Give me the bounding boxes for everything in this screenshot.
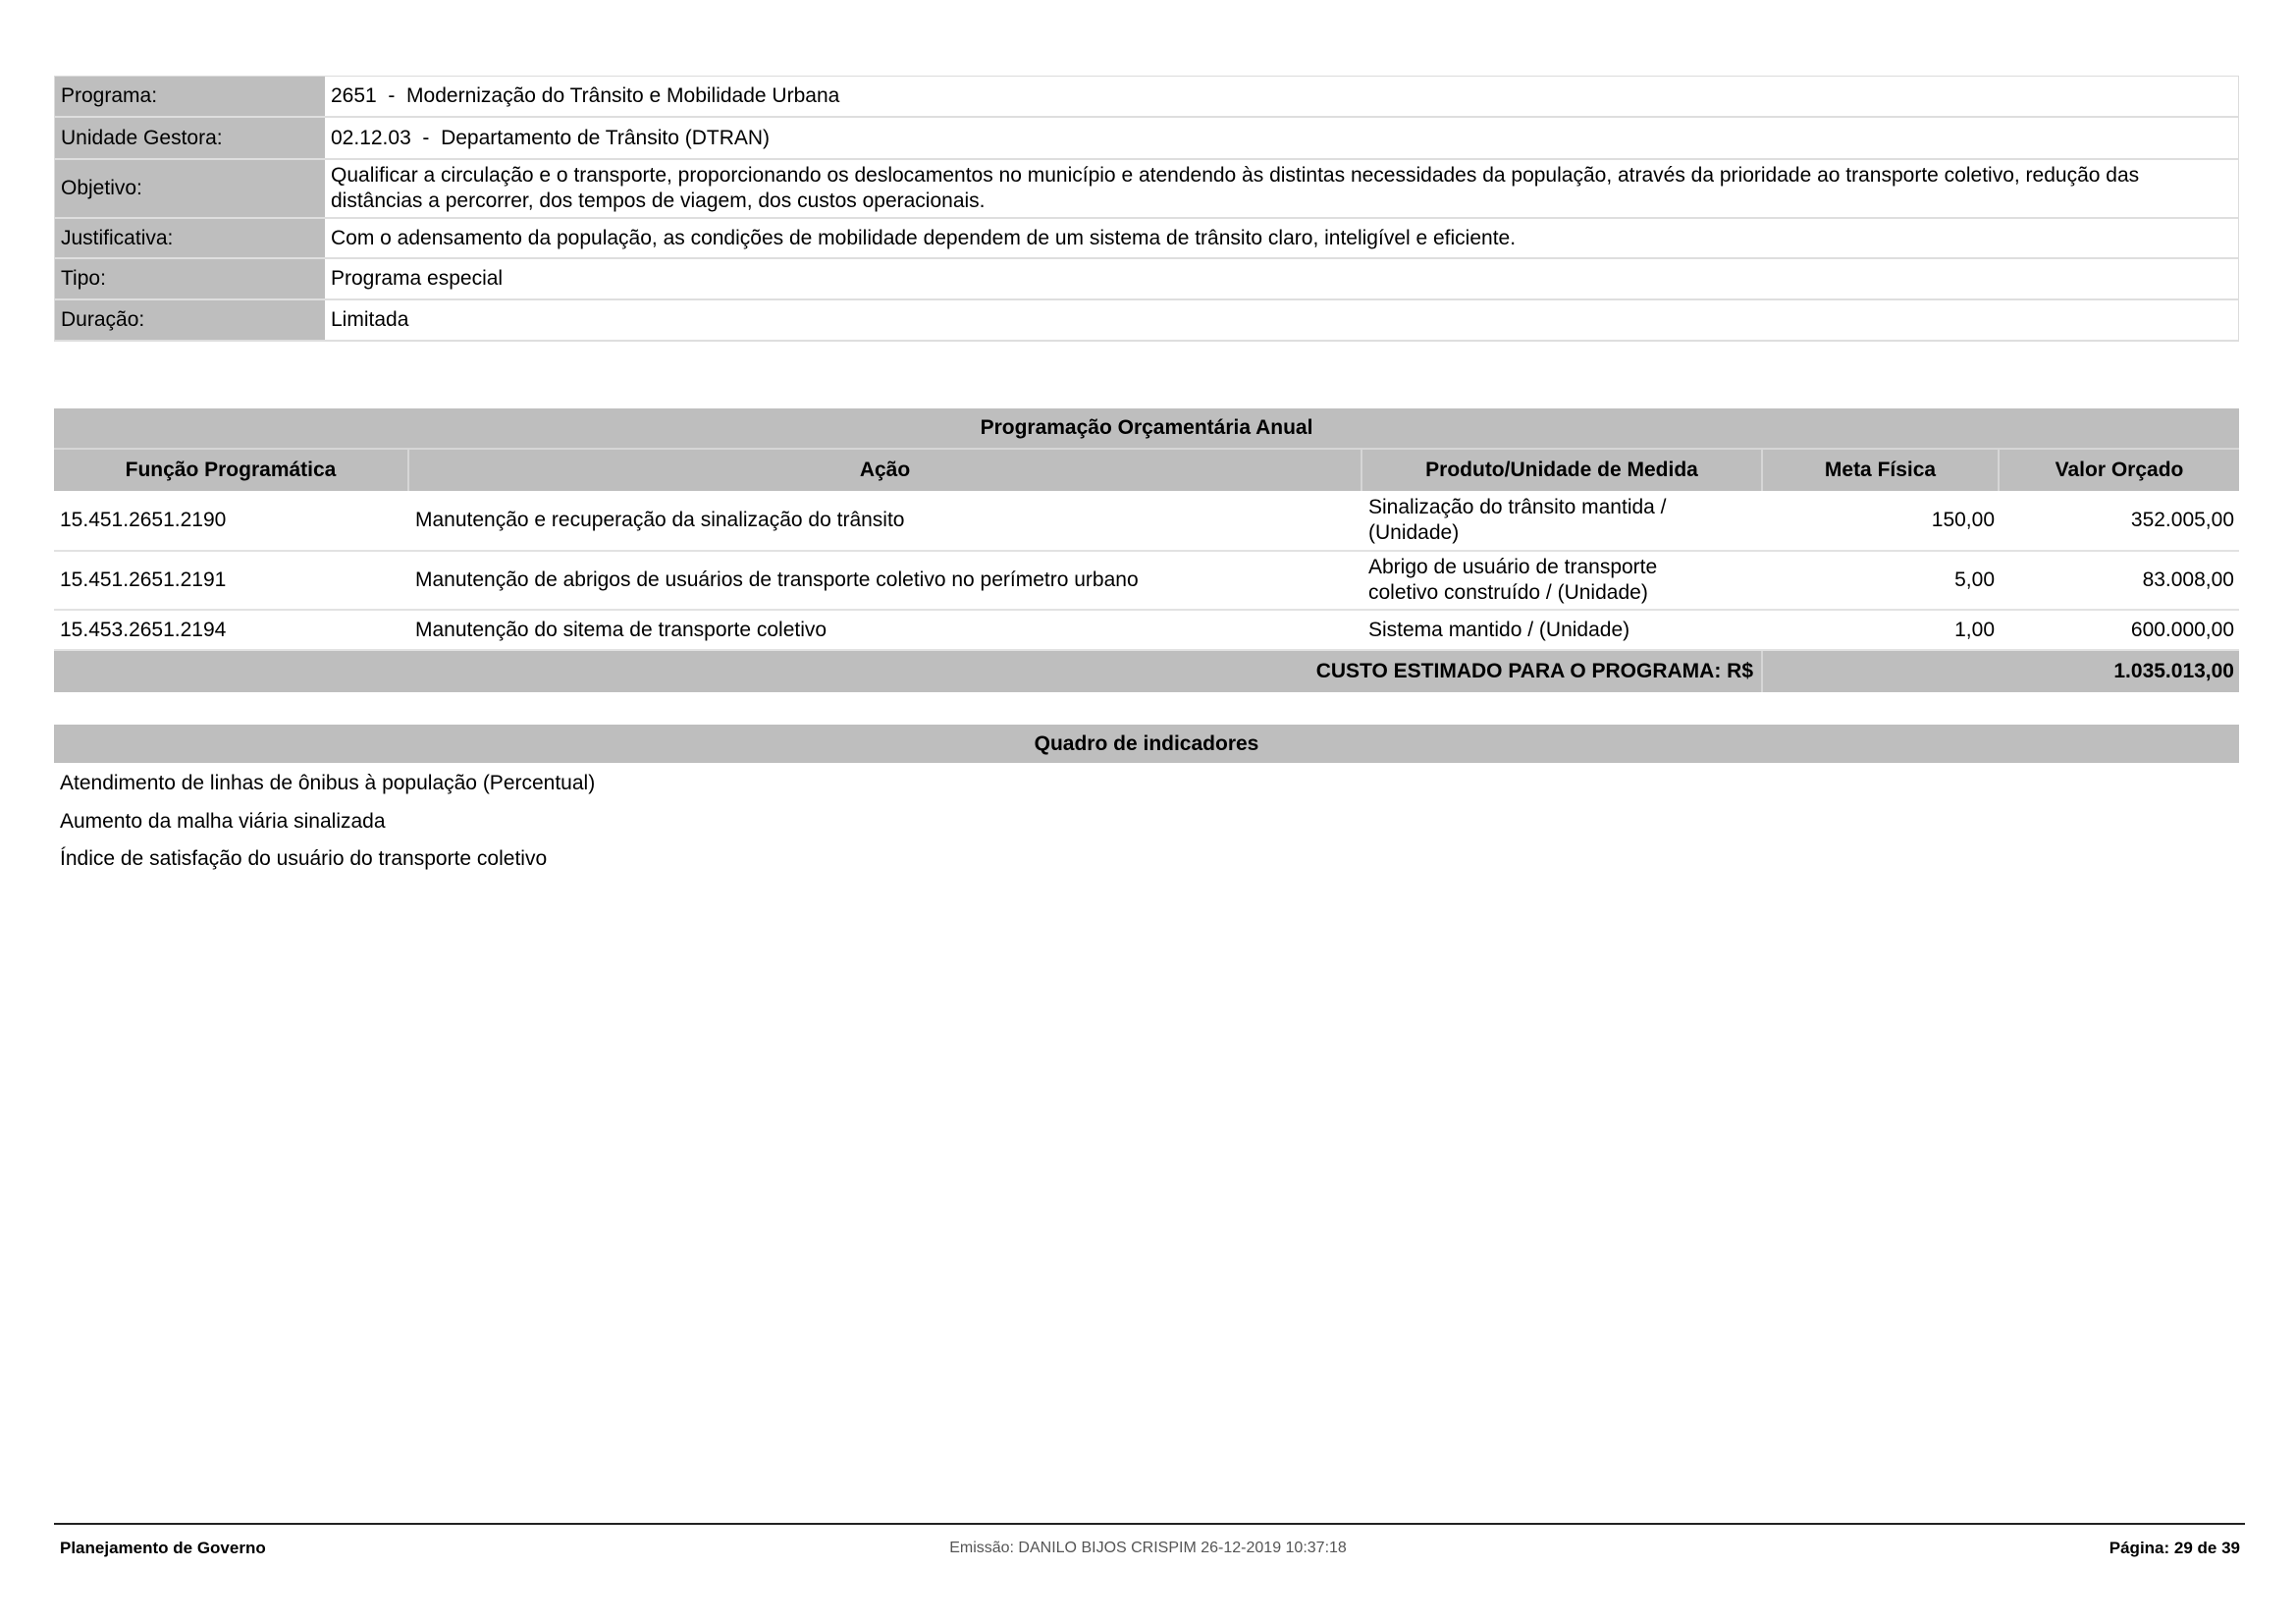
cell-funcao: 15.451.2651.2191 [54, 552, 409, 609]
cell-acao: Manutenção do sitema de transporte colet… [409, 611, 1362, 649]
total-spacer [1763, 651, 2000, 692]
info-value-duracao: Limitada [325, 300, 2238, 340]
footer-emission: Emissão: DANILO BIJOS CRISPIM 26-12-2019… [0, 1538, 2296, 1559]
footer-divider [54, 1523, 2245, 1525]
info-row-tipo: Tipo: Programa especial [55, 259, 2238, 300]
budget-total-row: CUSTO ESTIMADO PARA O PROGRAMA: R$ 1.035… [54, 651, 2239, 692]
cell-valor: 352.005,00 [2000, 491, 2239, 550]
cell-meta: 150,00 [1763, 491, 2000, 550]
info-row-duracao: Duração: Limitada [55, 300, 2238, 342]
table-row: 15.453.2651.2194 Manutenção do sitema de… [54, 611, 2239, 651]
info-label: Programa: [55, 77, 325, 116]
indicator-item: Índice de satisfação do usuário do trans… [60, 846, 547, 872]
info-label: Objetivo: [55, 160, 325, 217]
program-info-table: Programa: 2651 - Modernização do Trânsit… [54, 76, 2239, 342]
cell-produto: Sistema mantido / (Unidade) [1362, 611, 1763, 649]
column-header-valor: Valor Orçado [2000, 450, 2239, 491]
cell-meta: 1,00 [1763, 611, 2000, 649]
info-label: Tipo: [55, 259, 325, 298]
column-header-meta: Meta Física [1763, 450, 2000, 491]
info-value-justificativa: Com o adensamento da população, as condi… [325, 219, 2238, 257]
column-header-funcao: Função Programática [54, 450, 409, 491]
table-row: 15.451.2651.2190 Manutenção e recuperaçã… [54, 491, 2239, 552]
cell-meta: 5,00 [1763, 552, 2000, 609]
indicators-title: Quadro de indicadores [54, 725, 2239, 763]
info-label: Duração: [55, 300, 325, 340]
cell-valor: 600.000,00 [2000, 611, 2239, 649]
indicator-item: Aumento da malha viária sinalizada [60, 809, 386, 835]
table-row: 15.451.2651.2191 Manutenção de abrigos d… [54, 552, 2239, 611]
cell-acao: Manutenção de abrigos de usuários de tra… [409, 552, 1362, 609]
column-header-produto: Produto/Unidade de Medida [1362, 450, 1763, 491]
info-value-objetivo: Qualificar a circulação e o transporte, … [325, 160, 2238, 217]
cell-valor: 83.008,00 [2000, 552, 2239, 609]
total-value: 1.035.013,00 [2000, 651, 2239, 692]
indicator-item: Atendimento de linhas de ônibus à popula… [60, 771, 595, 796]
budget-table: Programação Orçamentária Anual Função Pr… [54, 408, 2239, 692]
cell-funcao: 15.453.2651.2194 [54, 611, 409, 649]
info-row-justificativa: Justificativa: Com o adensamento da popu… [55, 219, 2238, 259]
info-value-unidade-gestora: 02.12.03 - Departamento de Trânsito (DTR… [325, 118, 2238, 158]
info-value-tipo: Programa especial [325, 259, 2238, 298]
cell-acao: Manutenção e recuperação da sinalização … [409, 491, 1362, 550]
info-value-programa: 2651 - Modernização do Trânsito e Mobili… [325, 77, 2238, 116]
info-row-unidade-gestora: Unidade Gestora: 02.12.03 - Departamento… [55, 118, 2238, 160]
column-header-acao: Ação [409, 450, 1362, 491]
footer-page-number: Página: 29 de 39 [2109, 1538, 2240, 1559]
cell-produto: Abrigo de usuário de transporte coletivo… [1362, 552, 1763, 609]
budget-table-title: Programação Orçamentária Anual [54, 408, 2239, 450]
info-row-programa: Programa: 2651 - Modernização do Trânsit… [55, 77, 2238, 118]
cell-produto: Sinalização do trânsito mantida / (Unida… [1362, 491, 1763, 550]
info-row-objetivo: Objetivo: Qualificar a circulação e o tr… [55, 160, 2238, 219]
info-label: Unidade Gestora: [55, 118, 325, 158]
info-label: Justificativa: [55, 219, 325, 257]
cell-funcao: 15.451.2651.2190 [54, 491, 409, 550]
total-label: CUSTO ESTIMADO PARA O PROGRAMA: R$ [54, 651, 1763, 692]
budget-table-header: Função Programática Ação Produto/Unidade… [54, 450, 2239, 491]
